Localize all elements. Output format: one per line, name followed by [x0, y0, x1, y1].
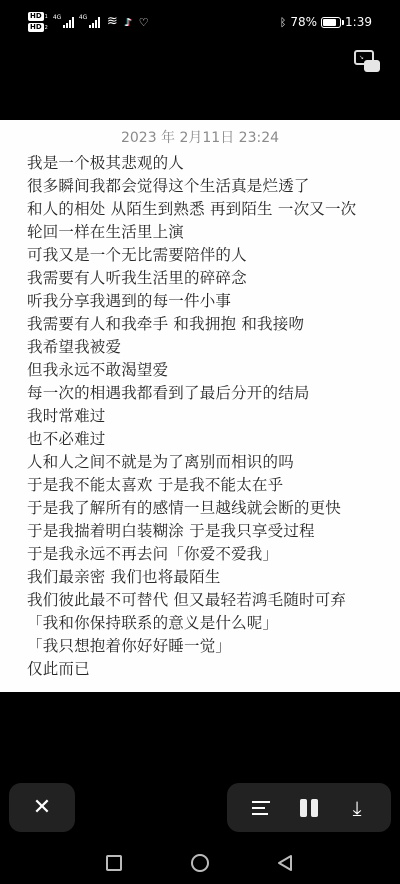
note-line: 于是我不能太喜欢 于是我不能太在乎 [27, 474, 356, 497]
system-navigation-bar [0, 846, 400, 884]
note-line: 我们彼此最不可替代 但又最轻若鸿毛随时可弃 [27, 589, 356, 612]
bluetooth-icon: ᛒ [280, 16, 287, 29]
note-line: 可我又是一个无比需要陪伴的人 [27, 244, 356, 267]
signal-icon: 4G [54, 16, 74, 28]
note-timestamp: 2023 年 2月11日 23:24 [0, 127, 400, 147]
status-right: ᛒ 78% 1:39 [280, 15, 372, 29]
download-icon: ⤓ [353, 798, 362, 818]
list-button[interactable] [247, 794, 275, 822]
note-line: 我需要有人和我牵手 和我拥抱 和我接吻 [27, 313, 356, 336]
note-line: 我时常难过 [27, 405, 356, 428]
status-left: HD1 HD2 4G 4G ≋ ♪ ♡ [28, 12, 149, 32]
note-line: 于是我永远不再去问「你爱不爱我」 [27, 543, 356, 566]
signal-icon: 4G [80, 16, 100, 28]
battery-percent: 78% [290, 15, 317, 29]
viewer-toolbar: ⤓ [227, 783, 391, 832]
note-line: 仅此而已 [27, 658, 356, 681]
note-line: 但我永远不敢渴望爱 [27, 359, 356, 382]
note-line: 轮回一样在生活里上演 [27, 221, 356, 244]
tiktok-icon: ♪ [125, 16, 132, 29]
hd-badge-icon: HD [28, 12, 44, 21]
note-line: 和人的相处 从陌生到熟悉 再到陌生 一次又一次 [27, 198, 356, 221]
pause-icon [300, 799, 318, 817]
clock: 1:39 [345, 15, 372, 29]
note-line: 于是我了解所有的感情一旦越线就会断的更快 [27, 497, 356, 520]
note-screenshot-content: 2023 年 2月11日 23:24 我是一个极其悲观的人 很多瞬间我都会觉得这… [0, 120, 400, 692]
note-line: 「我和你保持联系的意义是什么呢」 [27, 612, 356, 635]
home-icon[interactable] [191, 854, 209, 872]
wifi-icon: ≋ [107, 16, 118, 28]
pause-button[interactable] [295, 794, 323, 822]
recent-apps-icon[interactable] [106, 855, 122, 871]
heart-app-icon: ♡ [139, 16, 149, 29]
note-line: 我是一个极其悲观的人 [27, 152, 356, 175]
hd-voice-indicators: HD1 HD2 [28, 12, 48, 32]
battery-icon [321, 17, 341, 28]
hd-badge-icon: HD [28, 23, 44, 32]
note-line: 我需要有人听我生活里的碎碎念 [27, 267, 356, 290]
note-text: 我是一个极其悲观的人 很多瞬间我都会觉得这个生活真是烂透了 和人的相处 从陌生到… [27, 152, 356, 681]
back-icon[interactable] [276, 854, 294, 872]
download-button[interactable]: ⤓ [343, 794, 371, 822]
picture-in-picture-button[interactable]: ↘ [354, 50, 380, 72]
close-button[interactable]: ✕ [9, 783, 75, 832]
note-line: 每一次的相遇我都看到了最后分开的结局 [27, 382, 356, 405]
note-line: 我希望我被爱 [27, 336, 356, 359]
status-bar: HD1 HD2 4G 4G ≋ ♪ ♡ ᛒ 78% 1:39 [0, 0, 400, 40]
note-line: 于是我揣着明白装糊涂 于是我只享受过程 [27, 520, 356, 543]
note-line: 我们最亲密 我们也将最陌生 [27, 566, 356, 589]
note-line: 「我只想抱着你好好睡一觉」 [27, 635, 356, 658]
list-icon [252, 801, 270, 815]
note-line: 听我分享我遇到的每一件小事 [27, 290, 356, 313]
note-line: 也不必难过 [27, 428, 356, 451]
note-line: 人和人之间不就是为了离别而相识的吗 [27, 451, 356, 474]
note-line: 很多瞬间我都会觉得这个生活真是烂透了 [27, 175, 356, 198]
close-icon: ✕ [33, 795, 51, 820]
